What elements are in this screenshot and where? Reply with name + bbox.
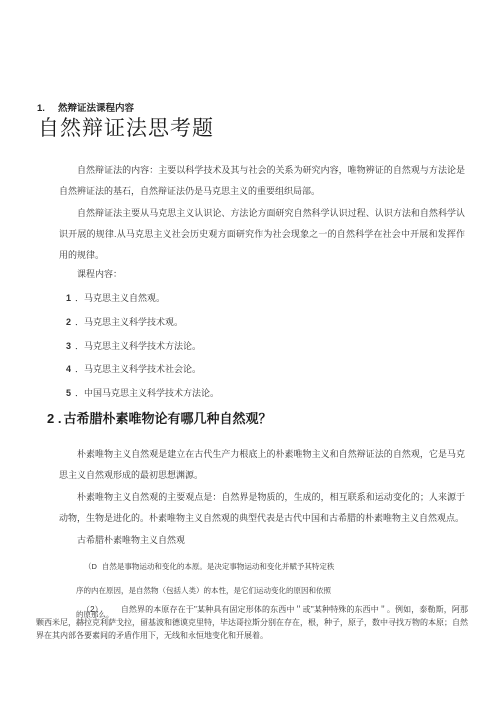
course-item-number: 5 xyxy=(66,388,71,398)
course-content-label: 课程内容： xyxy=(77,267,122,280)
course-item-number: 1 xyxy=(66,293,71,303)
course-item-text: ．中国马克思主义科学技术方法论。 xyxy=(75,388,219,398)
intro-paragraph-1: 自然辩证法的内容：主要以科学技术及其与社会的关系为研究内容，唯物辨证的自然观与方… xyxy=(59,160,465,202)
course-item-text: ．马克思主义科学技术方法论。 xyxy=(75,341,201,351)
course-item-number: 4 xyxy=(66,364,71,374)
course-item-number: 3 xyxy=(66,341,71,351)
document-title: 自然辩证法思考题 xyxy=(38,112,214,142)
section-2-paragraph-2: 朴素唯物主义自然观的主要观点是：自然界是物质的，生成的，相互联系和运动变化的；人… xyxy=(59,487,465,529)
course-list-item: 2．马克思主义科学技术观。 xyxy=(66,315,219,339)
course-item-text: ．马克思主义自然观。 xyxy=(75,293,165,303)
section-2-heading: 2 .古希腊朴素唯物论有哪几种自然观？ xyxy=(47,408,271,427)
point-2-number: （2） xyxy=(82,605,103,614)
course-item-text: ．马克思主义科学技术社会论。 xyxy=(75,364,201,374)
section-2-paragraph-1: 朴素唯物主义自然观是建立在古代生产力根底上的朴素唯物主义和自然辩证法的自然观，它… xyxy=(59,444,465,486)
greek-materialism-subheading: 古希腊朴素唯物主义自然观 xyxy=(77,533,185,546)
course-list-item: 1．马克思主义自然观。 xyxy=(66,291,219,315)
course-item-number: 2 xyxy=(66,317,71,327)
course-list-item: 5．中国马克思主义科学技术方法论。 xyxy=(66,386,219,410)
course-list-item: 4．马克思主义科学技术社会论。 xyxy=(66,362,219,386)
point-2-paragraph: （2）自然界的本原存在于''某种具有固定形体的东西中＂或''某种特殊的东西中＂。… xyxy=(36,604,468,642)
document-page: 1.然辩证法课程内容 自然辩证法思考题 自然辩证法的内容：主要以科学技术及其与社… xyxy=(0,0,500,707)
course-list-item: 3．马克思主义科学技术方法论。 xyxy=(66,339,219,363)
section-2-heading-text: 古希腊朴素唯物论有哪几种自然观？ xyxy=(63,411,271,426)
point-1-number: （D xyxy=(84,562,97,571)
course-item-text: ．马克思主义科学技术观。 xyxy=(75,317,183,327)
intro-paragraph-2: 自然辩证法主要从马克思主义认识论、方法论方面研究自然科学认识过程、认识方法和自然… xyxy=(59,203,465,266)
section-2-number: 2 . xyxy=(47,411,61,426)
course-list: 1．马克思主义自然观。 2．马克思主义科学技术观。 3．马克思主义科学技术方法论… xyxy=(66,291,219,410)
